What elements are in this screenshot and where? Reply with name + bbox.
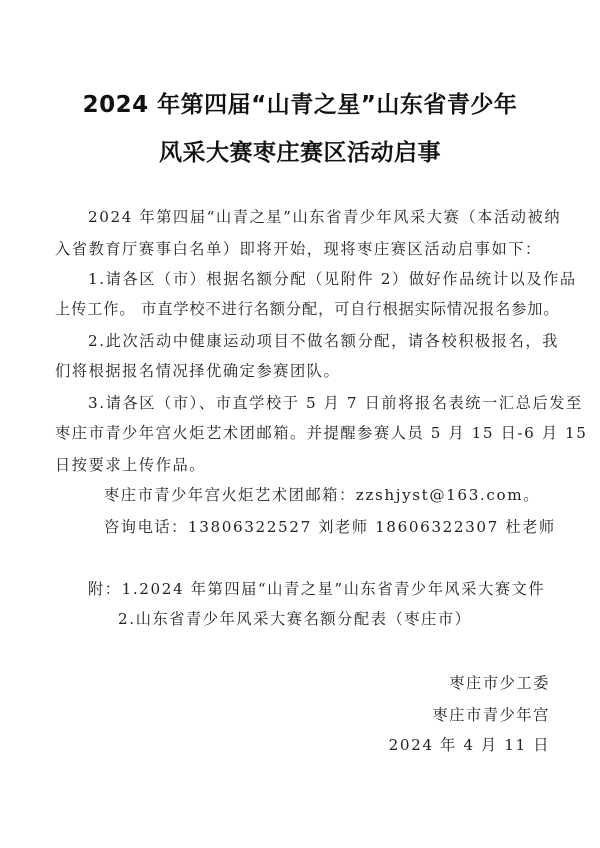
signature-date: 2024 年 4 月 11 日 <box>389 734 550 755</box>
phone-line: 咨询电话：13806322527 刘老师 18606322307 杜老师 <box>104 516 556 537</box>
signature-org-1: 枣庄市少工委 <box>449 672 550 693</box>
item-2-line-2: 们将根据报名情况择优确定参赛团队。 <box>55 360 340 381</box>
attachment-1: 附：1.2024 年第四届“山青之星”山东省青少年风采大赛文件 <box>88 578 545 599</box>
item-2-line-1: 2.此次活动中健康运动项目不做名额分配，请各校积极报名，我 <box>88 330 559 351</box>
intro-line-1: 2024 年第四届“山青之星”山东省青少年风采大赛（本活动被纳 <box>88 206 561 227</box>
item-3-line-2: 枣庄市青少年宫火炬艺术团邮箱。并提醒参赛人员 5 月 15 日-6 月 15 <box>55 422 588 443</box>
title-line-2: 风采大赛枣庄赛区活动启事 <box>0 134 600 167</box>
title-line-1: 2024 年第四届“山青之星”山东省青少年 <box>0 86 600 119</box>
item-1-line-1: 1.请各区（市）根据名额分配（见附件 2）做好作品统计以及作品 <box>88 268 577 289</box>
item-1-line-2: 上传工作。 市直学校不进行名额分配，可自行根据实际情况报名参加。 <box>55 298 559 319</box>
attachment-2: 2.山东省青少年风采大赛名额分配表（枣庄市） <box>118 608 471 629</box>
email-line: 枣庄市青少年宫火炬艺术团邮箱：zzshjyst@163.com。 <box>104 484 540 505</box>
intro-line-2: 入省教育厅赛事白名单）即将开始，现将枣庄赛区活动启事如下： <box>55 238 542 259</box>
item-3-line-1: 3.请各区（市）、市直学校于 5 月 7 日前将报名表统一汇总后发至 <box>88 392 583 413</box>
item-3-line-3: 日按要求上传作品。 <box>55 454 206 475</box>
signature-org-2: 枣庄市青少年宫 <box>432 704 550 725</box>
